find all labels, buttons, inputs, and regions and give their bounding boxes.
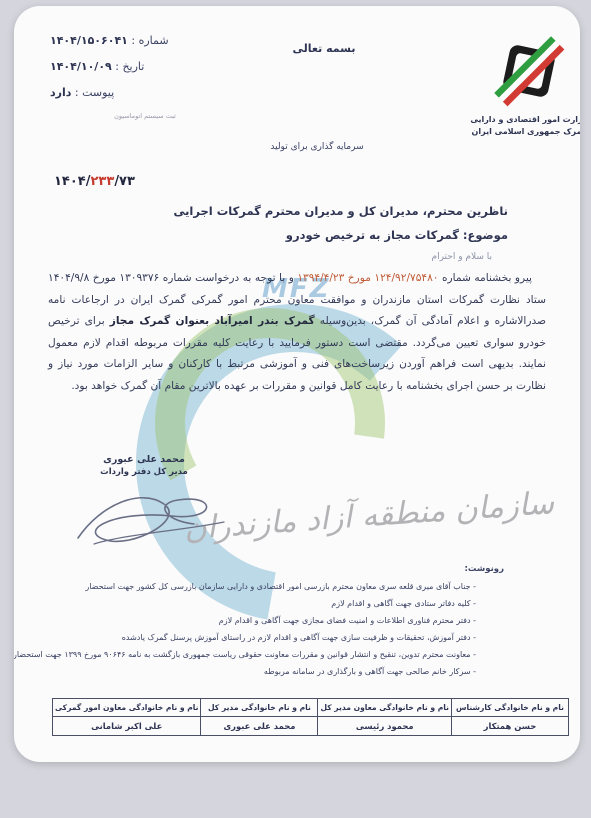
table-header: نام و نام خانوادگی کارشناس	[452, 699, 568, 717]
reference-number: ۱۴۰۴/۲۳۳/۷۳	[54, 174, 135, 189]
signer-title: مدیر کل دفتر واردات	[84, 467, 204, 477]
table-col-deputy-dg: نام و نام خانوادگی معاون مدیر کل محمود ر…	[317, 699, 451, 735]
number-label: شماره :	[131, 34, 168, 47]
slogan-text: سرمایه گذاری برای تولید	[242, 142, 392, 152]
attachment-label: پیوست :	[75, 86, 114, 99]
table-header: نام و نام خانوادگی معاون مدیر کل	[318, 699, 451, 717]
letter-page: MFZ سازمان منطقه آزاد مازندران شماره : ۱…	[14, 6, 580, 762]
besmele-text: بسمه تعالی	[269, 42, 379, 55]
cc-item: سرکار خانم صالحی جهت آگاهی و بارگذاری در…	[48, 663, 504, 680]
table-value: حسن همتکار	[452, 717, 568, 735]
body-authorized-customs: گمرک بندر امیرآباد بعنوان گمرک مجاز	[110, 315, 315, 327]
body-circular-ref: ۱۲۴/۹۲/۷۵۴۸۰ مورخ ۱۳۹۴/۴/۲۳	[297, 272, 438, 284]
ref-part-3: /۷۳	[114, 174, 135, 189]
attachment-value: دارد	[50, 86, 71, 99]
table-col-director-general: نام و نام خانوادگی مدیر کل محمد علی عبور…	[200, 699, 317, 735]
org-line-1: وزارت امور اقتصادی و دارایی	[466, 114, 580, 126]
table-value: محمد علی عبوری	[201, 717, 317, 735]
addressee-line: ناظرین محترم، مدیران کل و مدیران محترم گ…	[173, 204, 508, 218]
letter-number: شماره : ۱۴۰۴/۱۵۰۶۰۴۱	[50, 34, 240, 47]
org-name: وزارت امور اقتصادی و دارایی گمرک جمهوری …	[466, 114, 580, 138]
table-header: نام و نام خانوادگی مدیر کل	[201, 699, 317, 717]
table-col-customs-deputy: نام و نام خانوادگی معاون امور گمرکی علی …	[53, 699, 200, 735]
date-value: ۱۴۰۴/۱۰/۰۹	[50, 60, 112, 73]
table-value: محمود رئیسی	[318, 717, 451, 735]
letter-attachment: پیوست : دارد	[50, 86, 240, 99]
customs-logo-icon	[488, 30, 570, 112]
body-paragraph: پیرو بخشنامه شماره ۱۲۴/۹۲/۷۵۴۸۰ مورخ ۱۳۹…	[48, 268, 546, 397]
cc-item: معاونت محترم تدوین، تنقیح و انتشار قوانی…	[48, 646, 504, 663]
flag-stripe	[494, 36, 564, 106]
cc-item: دفتر آموزش، تحقیقات و ظرفیت سازی جهت آگا…	[48, 629, 504, 646]
ref-part-red: ۲۳۳	[91, 174, 115, 189]
cc-section: رونوشت: جناب آقای میری قلعه سری معاون مح…	[48, 564, 504, 680]
scan-background: MFZ سازمان منطقه آزاد مازندران شماره : ۱…	[0, 0, 591, 818]
date-label: تاریخ :	[115, 60, 144, 73]
cc-item: دفتر محترم فناوری اطلاعات و امنیت فضای م…	[48, 612, 504, 629]
cc-label: رونوشت:	[48, 564, 504, 574]
subject-line: موضوع: گمرکات مجاز به ترخیص خودرو	[286, 228, 508, 242]
signature-scribble	[66, 480, 236, 558]
signer-name: محمد علی عبوری	[84, 454, 204, 465]
ref-part-1: ۱۴۰۴/	[54, 174, 91, 189]
org-line-2: گمرک جمهوری اسلامی ایران	[466, 126, 580, 138]
customs-logo-block: وزارت امور اقتصادی و دارایی گمرک جمهوری …	[466, 30, 580, 138]
salutation-line: با سلام و احترام	[432, 252, 492, 262]
automation-note: ثبت سیستم اتوماسیون	[50, 112, 240, 120]
cc-item: جناب آقای میری قلعه سری معاون محترم بازر…	[48, 578, 504, 595]
table-header: نام و نام خانوادگی معاون امور گمرکی	[53, 699, 200, 717]
cc-item: کلیه دفاتر ستادی جهت آگاهی و اقدام لازم	[48, 595, 504, 612]
table-col-expert: نام و نام خانوادگی کارشناس حسن همتکار	[451, 699, 568, 735]
table-value: علی اکبر شامانی	[53, 717, 200, 735]
signer-block: محمد علی عبوری مدیر کل دفتر واردات	[84, 454, 204, 477]
body-part-1: پیرو بخشنامه شماره	[438, 272, 532, 284]
signatories-table: نام و نام خانوادگی کارشناس حسن همتکار نا…	[52, 698, 569, 736]
number-value: ۱۴۰۴/۱۵۰۶۰۴۱	[50, 34, 128, 47]
letter-date: تاریخ : ۱۴۰۴/۱۰/۰۹	[50, 60, 240, 73]
letter-meta: شماره : ۱۴۰۴/۱۵۰۶۰۴۱ تاریخ : ۱۴۰۴/۱۰/۰۹ …	[50, 34, 240, 120]
